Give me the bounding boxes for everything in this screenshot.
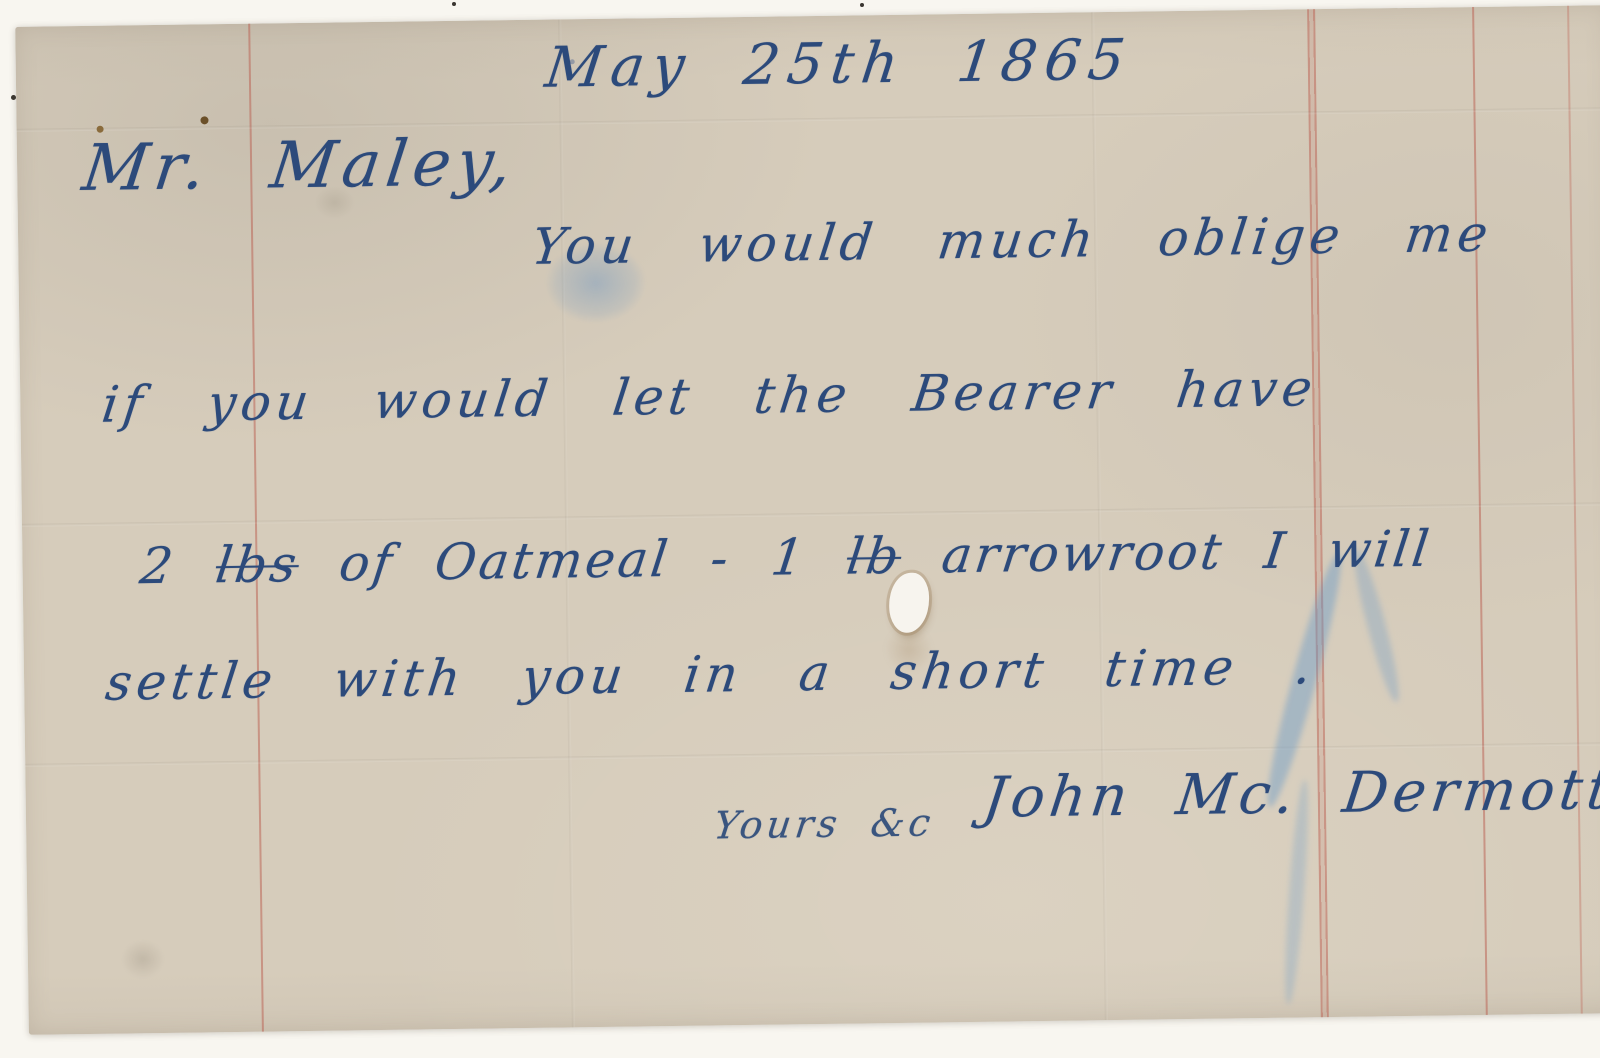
ink-speck [200,116,208,124]
fold-crease-vertical [558,19,575,1027]
paper-stain [114,933,173,986]
letter-salutation: Mr. Maley, [78,126,521,206]
body-line-4: settle with you in a short time . [102,637,1319,712]
dust-speck [452,2,456,6]
pound-abbrev: lb [844,527,905,586]
dust-speck [860,3,864,7]
ruled-line-vertical-far-right [1567,6,1583,1014]
fold-crease-vertical [1091,12,1108,1020]
fold-crease-horizontal [17,107,1600,132]
letter-closing: Yours &c [711,800,937,847]
pound-abbrev: lbs [213,535,303,594]
ruled-line-vertical-double [1307,9,1329,1017]
body-line-1: You would much oblige me [529,205,1496,276]
item-text: arrowroot I will [898,520,1435,585]
letter-signature: John Mc. Dermott [980,757,1600,831]
body-line-3: 2 lbs of Oatmeal - 1 lb arrowroot I will [137,520,1435,596]
item-text: of Oatmeal - 1 [295,528,851,594]
letter-date: May 25th 1865 [542,28,1137,101]
letter-paper: May 25th 1865 Mr. Maley, You would much … [15,5,1600,1035]
ruled-line-vertical-right [1472,7,1488,1015]
body-line-2: if you would let the Bearer have [99,359,1321,434]
scan-background: { "document_type": "handwritten letter s… [0,0,1600,1058]
qty-text: 2 [137,536,220,595]
